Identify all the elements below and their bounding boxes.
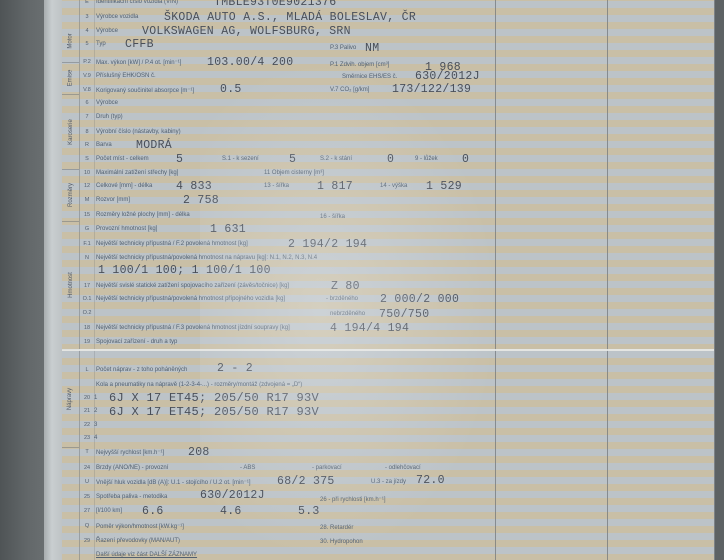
row-footer-note: Další údaje viz část DALŠÍ ZÁZNAMY [80, 549, 700, 560]
row-coupling-type: 19 Spojovací zařízení - druh a typ [80, 336, 700, 349]
curb-weight-value: 1 631 [210, 223, 246, 236]
row-body-serial: 8 Výrobní číslo (nástavby, kabiny) [80, 126, 700, 139]
row-trailer-braked: O.1 Největší technicky přípustná/povolen… [80, 293, 700, 306]
noise-stationary-value: 68/2 375 [277, 475, 335, 488]
row-vin: E Identifikační číslo vozidla (VIN) TMBL… [80, 0, 700, 9]
max-speed-value: 208 [188, 446, 210, 459]
co2-value: 173/122/139 [392, 83, 471, 96]
tyre-2-value: 6J X 17 ET45; 205/50 R17 93V [109, 405, 319, 419]
seats-seated-value: 5 [289, 153, 296, 166]
combination-value: 4 194/4 194 [330, 322, 409, 335]
trailer-braked-value: 2 000/2 000 [380, 293, 459, 306]
trailer-unbraked-value: 750/750 [379, 308, 429, 321]
row-noise: U Vnější hluk vozidla [dB (A)]: U.1 - st… [80, 476, 700, 489]
coupling-load-value: Z 80 [331, 280, 360, 293]
section-napravy: Nápravy [62, 351, 79, 448]
row-vehicle-maker: 3 Výrobce vozidla ŠKODA AUTO A.S., MLADÁ… [80, 11, 700, 24]
row-tyre-axle-3: 22 3 [80, 419, 700, 432]
row-tyre-axle-2: 21 2 6J X 17 ET45; 205/50 R17 93V [80, 405, 700, 418]
row-curb-weight: G Provozní hmotnost [kg] 1 631 [80, 223, 700, 236]
seats-total-value: 5 [176, 153, 183, 166]
row-power-weight: Q Poměr výkon/hmotnost [kW.kg⁻¹] 28. Ret… [80, 520, 700, 533]
row-absorption: V.8 Korigovaný součinitel absorpce [m⁻¹]… [80, 84, 700, 97]
power-value: 103.00/4 200 [207, 56, 293, 69]
vehicle-maker-value: ŠKODA AUTO A.S., MLADÁ BOLESLAV, ČR [164, 11, 416, 24]
section-rozmery: Rozměry [62, 169, 79, 222]
engine-type-value: CFFB [125, 38, 154, 51]
row-brakes: 24 Brzdy (ANO/NE) - provozní - ABS - par… [80, 462, 700, 475]
row-color: R Barva MODRÁ [80, 139, 700, 152]
row-roof-load: 10 Maximální zatížení střechy [kg] 11 Ob… [80, 167, 700, 180]
row-consumption-values: 27 [l/100 km] 6.6 4.6 5.3 [80, 505, 700, 518]
row-tyre-axle-4: 23 4 [80, 432, 700, 445]
wheelbase-value: 2 758 [183, 194, 219, 207]
row-axles: L Počet náprav - z toho poháněných 2 - 2 [80, 364, 700, 377]
consumption-urban-value: 6.6 [142, 505, 164, 518]
axles-value: 2 - 2 [217, 362, 253, 375]
row-engine-maker: 4 Výrobce VOLKSWAGEN AG, WOLFSBURG, SRN [80, 25, 700, 38]
row-combination: 18 Největší technicky přípustná / F.3 po… [80, 322, 700, 335]
consumption-combined-value: 5.3 [298, 505, 320, 518]
absorption-value: 0.5 [220, 83, 242, 96]
directive-value: 630/2012J [415, 70, 480, 83]
row-coupling-load: 17 Největší svislé statické zatížení spo… [80, 280, 700, 293]
row-dimensions: 12 Celkové [mm] - délka 4 833 13 - šířka… [80, 180, 700, 193]
tyre-1-value: 6J X 17 ET45; 205/50 R17 93V [109, 391, 319, 405]
engine-maker-value: VOLKSWAGEN AG, WOLFSBURG, SRN [142, 25, 351, 38]
desk-background [0, 0, 48, 560]
row-max-weight: F.1 Největší technicky přípustná / F.2 p… [80, 238, 700, 251]
row-max-speed: T Nejvyšší rychlost [km.h⁻¹] 208 [80, 446, 700, 459]
beds-value: 0 [462, 153, 469, 166]
row-power: P.2 Max. výkon [kW] / P.4 ot. [min⁻¹] 10… [80, 56, 700, 69]
max-weight-value: 2 194/2 194 [288, 238, 367, 251]
row-load-area: 15 Rozměry ložné plochy [mm] - délka 16 … [80, 209, 700, 222]
fuel-method-value: 630/2012J [200, 489, 265, 502]
consumption-extra-urban-value: 4.6 [220, 505, 242, 518]
row-tyre-axle-1: 20 1 6J X 17 ET45; 205/50 R17 93V [80, 392, 700, 405]
axle-weight-value: 1 100/1 100; 1 100/1 100 [98, 264, 271, 277]
row-ehk: V.9 Příslušný EHK/OSN č. Směrnice EHS/ES… [80, 70, 700, 83]
row-gearbox: 29 Řazení převodovky (MAN/AUT) 30. Hydro… [80, 535, 700, 548]
section-karoserie: Karoserie [62, 94, 79, 170]
row-trailer-unbraked: O.2 nebrzděného 750/750 [80, 307, 700, 320]
section-hmotnost: Hmotnost [62, 221, 79, 350]
paper-margin [44, 0, 64, 560]
noise-driving-value: 72.0 [416, 474, 445, 487]
height-value: 1 529 [426, 180, 462, 193]
row-fuel-consumption: 25 Spotřeba paliva - metodika 630/2012J … [80, 491, 700, 504]
row-engine-type: 5 Typ CFFB P.3 Palivo NM [80, 38, 700, 51]
row-seats: S Počet míst - celkem 5 S.1 - k sezení 5… [80, 153, 700, 166]
row-body-type: 7 Druh (typ) [80, 111, 700, 124]
section-motor: Motor [62, 20, 79, 63]
vin-value: TMBLE93T0E9021376 [214, 0, 336, 9]
section-emise: Emise [62, 62, 79, 95]
paper-fold-line [62, 349, 714, 351]
row-body-maker: 6 Výrobce [80, 97, 700, 110]
seats-standing-value: 0 [387, 153, 394, 166]
length-value: 4 833 [176, 180, 212, 193]
width-value: 1 817 [317, 180, 353, 193]
row-axle-weight: N Největší technicky přípustná/povolená … [80, 252, 700, 265]
color-value: MODRÁ [136, 139, 172, 152]
fuel-value: NM [365, 42, 379, 55]
row-wheelbase: M Rozvor [mm] 2 758 [80, 194, 700, 207]
